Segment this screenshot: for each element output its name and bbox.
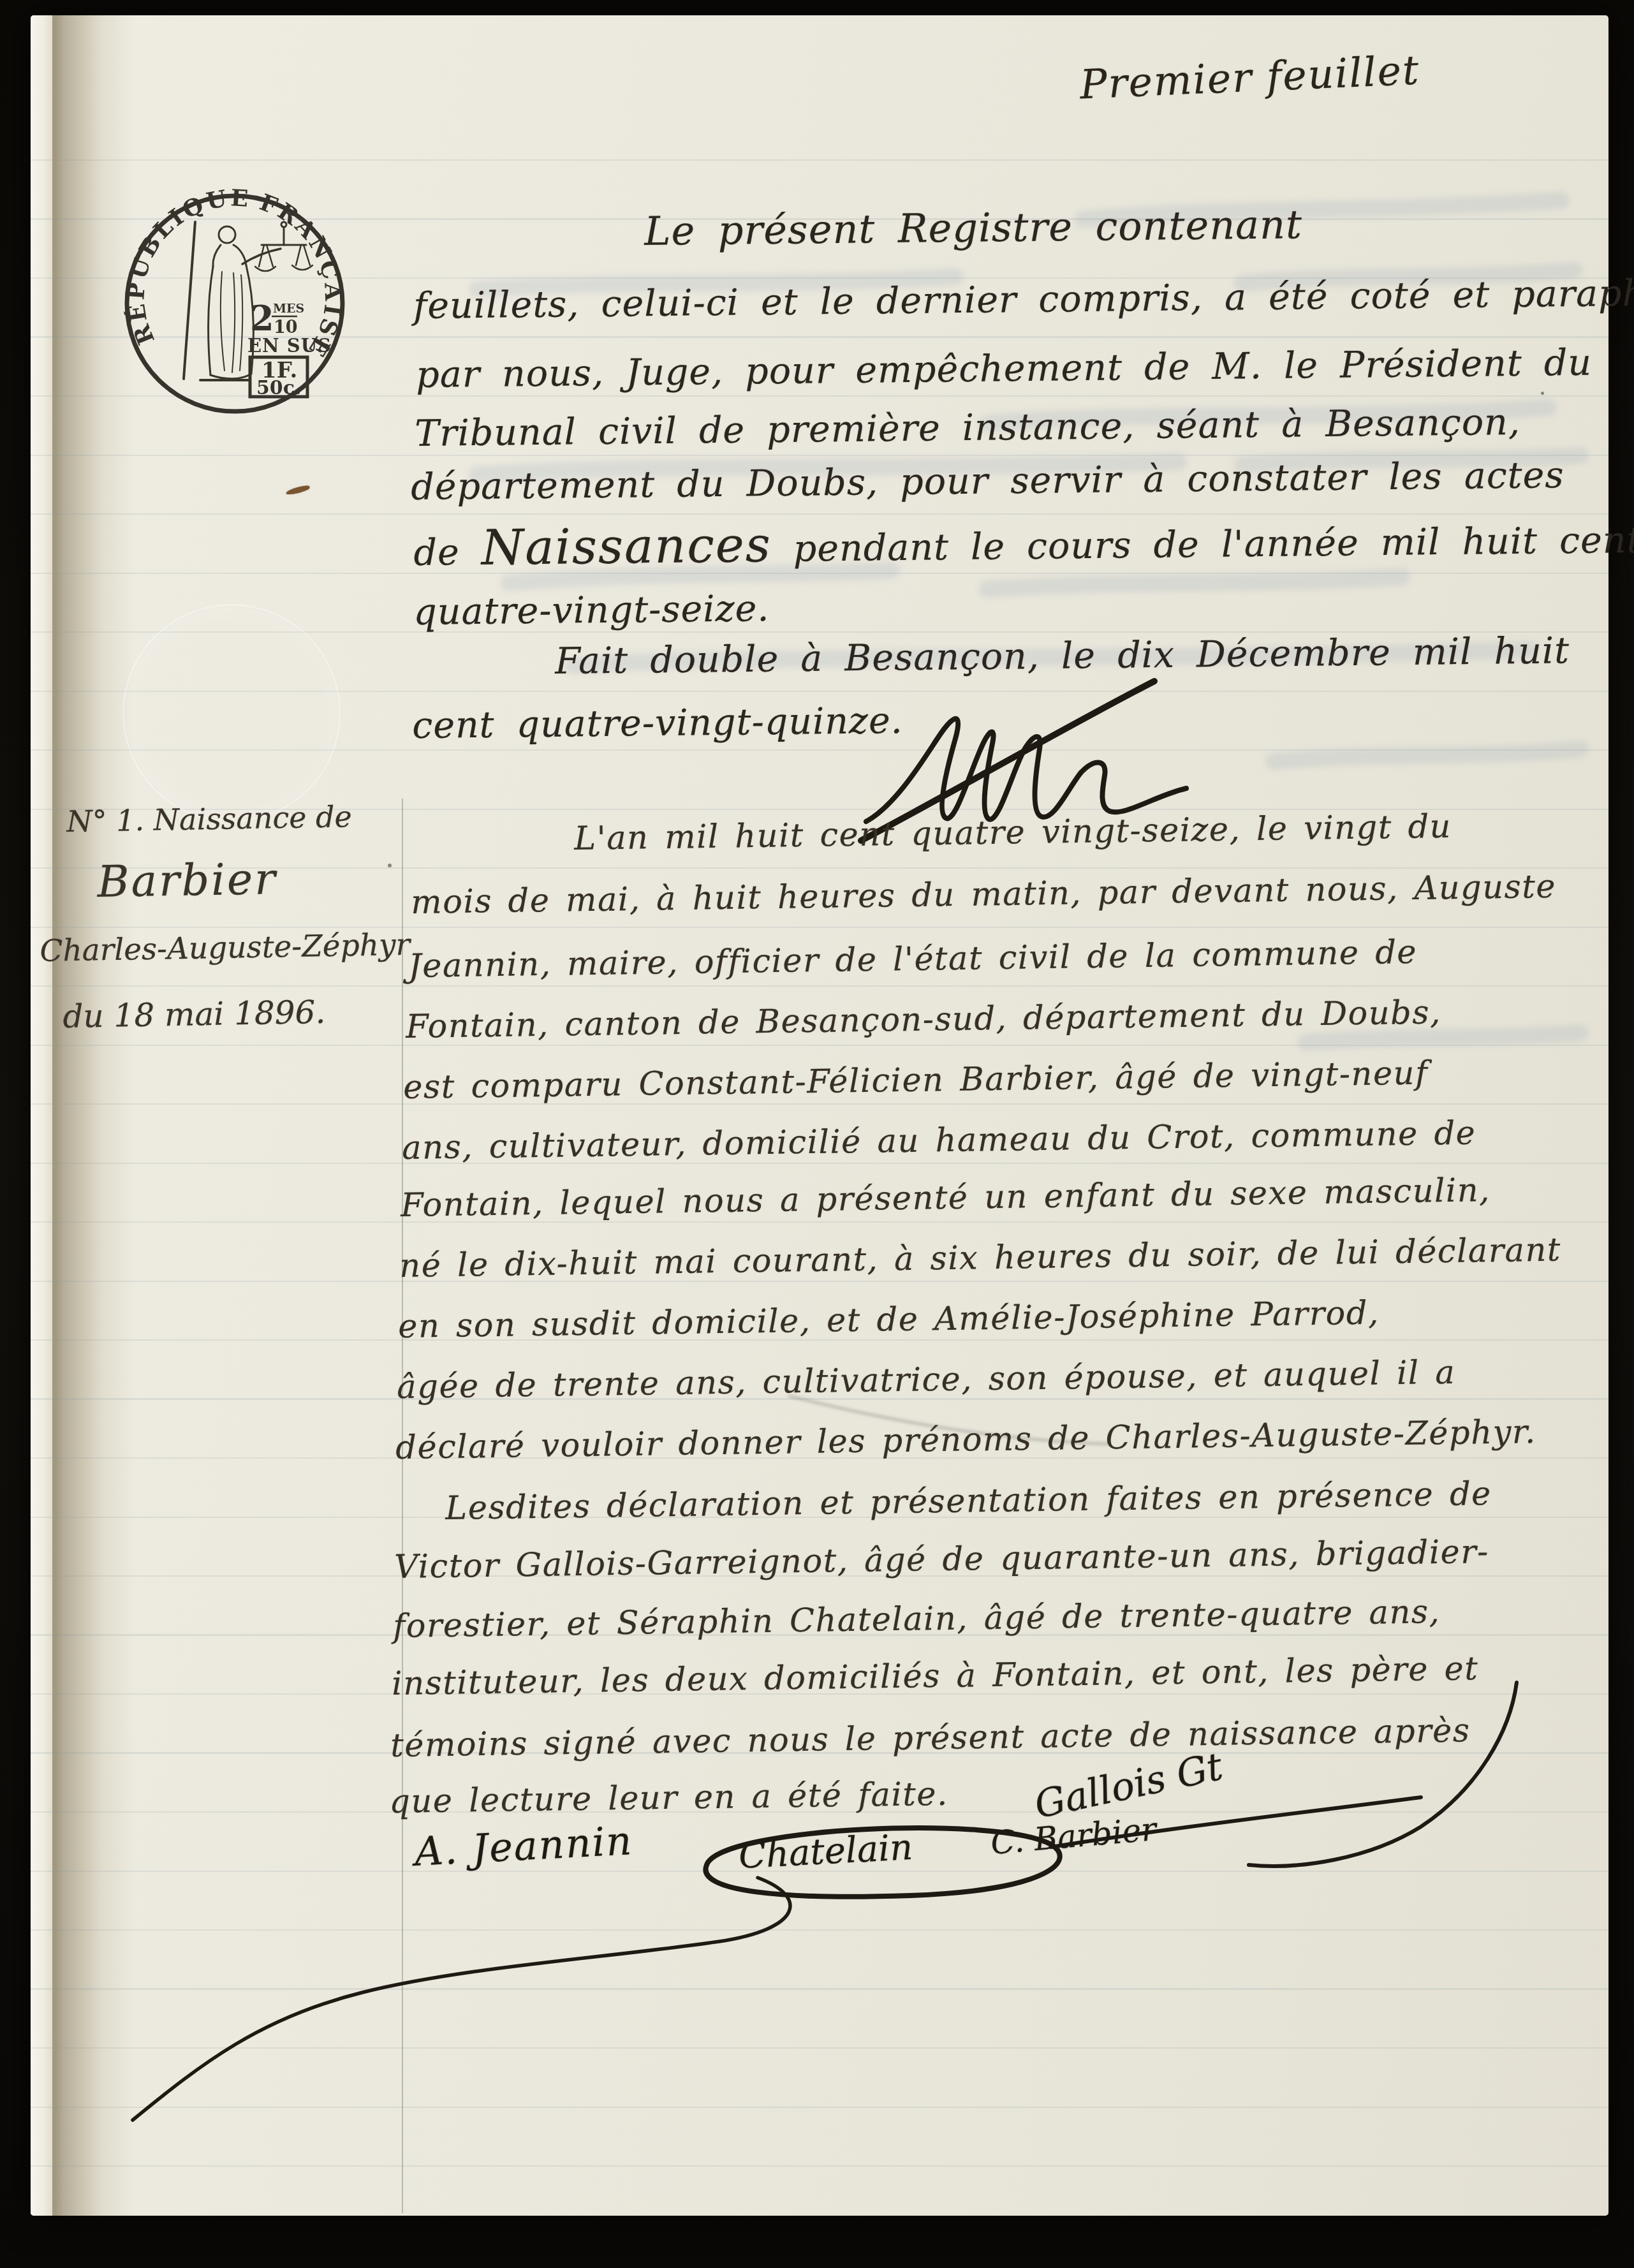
- stamp-duty-label: EN SUS: [247, 335, 332, 357]
- stamp-value-cent: 50c.: [256, 377, 301, 399]
- stamp-duty-big: 2: [250, 298, 274, 339]
- stamp-duty-sup: MES: [273, 302, 304, 316]
- witness-chatelain-signature: Chatelain: [738, 1830, 914, 1874]
- photo-background: Premier feuillet RÉPUBLIQUE FRANÇAISE: [0, 0, 1634, 2268]
- margin-surname: Barbier: [97, 858, 277, 904]
- margin-date: du 18 mai 1896.: [63, 996, 326, 1033]
- register-page: Premier feuillet RÉPUBLIQUE FRANÇAISE: [31, 15, 1608, 2216]
- preamble-line: cent quatre-vingt-quinze.: [412, 703, 903, 744]
- chatelain-signature-oval: [605, 1788, 1434, 1935]
- revenue-stamp: RÉPUBLIQUE FRANÇAISE: [120, 189, 350, 418]
- preamble-segment: pendant le cours de l'année mil huit cen…: [793, 519, 1634, 570]
- margin-act-number: N° 1. Naissance de: [66, 802, 352, 836]
- preamble-line: Le présent Registre contenant: [644, 205, 1302, 251]
- margin-given-names: Charles-Auguste-Zéphyr: [40, 930, 410, 966]
- preamble-line: quatre-vingt-seize.: [413, 591, 770, 631]
- naissances-word: Naissances: [481, 516, 772, 576]
- preamble-segment: de: [413, 531, 460, 574]
